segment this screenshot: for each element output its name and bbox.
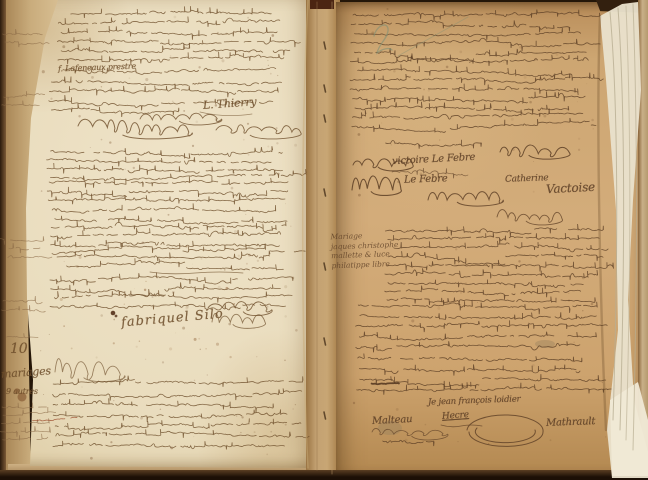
bottom-shadow — [0, 470, 648, 480]
fore-edge-pages — [638, 0, 648, 480]
signature-mathrault: Mathrault — [546, 416, 596, 429]
signature-vactoise: Vactoise — [546, 180, 596, 197]
left-page — [0, 0, 314, 468]
margin-count-note: 10 — [10, 341, 27, 357]
right-margin-note: Mariage jaques christophe mallette & luc… — [330, 230, 405, 271]
spine-top-mark — [310, 0, 334, 9]
signature-catherine: Catherine — [505, 173, 549, 185]
manuscript-scan: f. Lafeneaux prestre L. Thierry fabrique… — [0, 0, 648, 480]
signature-hecre: Hecre — [442, 410, 469, 422]
signature-malteau: Malteau — [372, 414, 413, 427]
signature-lefebre: Le Febre — [404, 173, 448, 186]
margin-autres-note: 9 autres — [6, 387, 38, 396]
